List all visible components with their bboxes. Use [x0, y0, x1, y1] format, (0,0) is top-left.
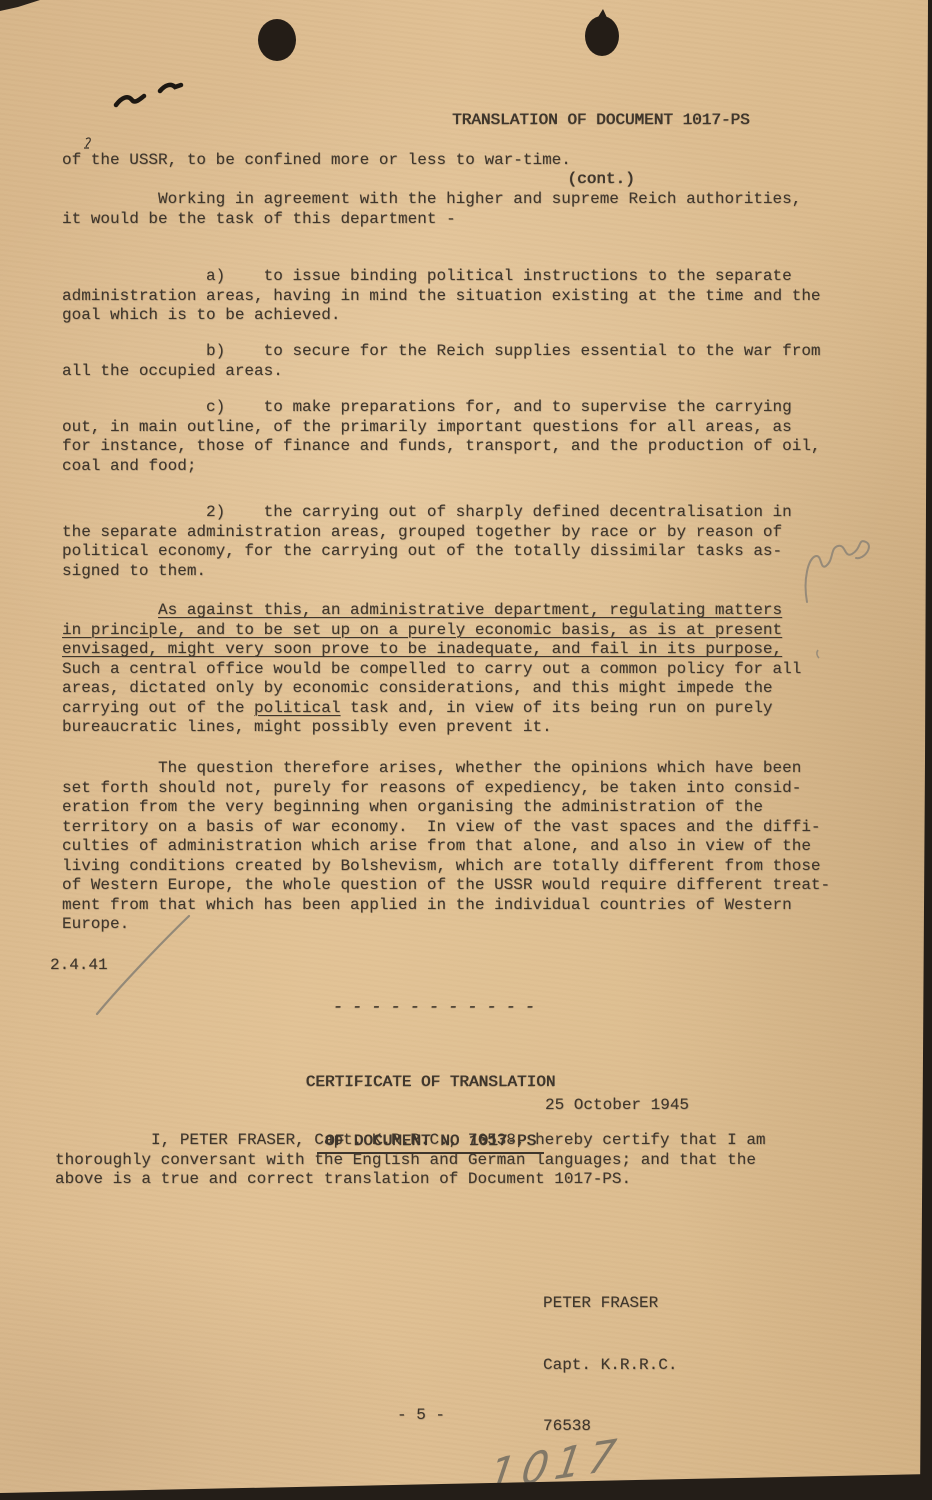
list-item-a: a) to issue binding political instructio… [62, 267, 821, 326]
scan-edge-bottom [0, 1474, 932, 1500]
underlined-passage: As against this, an administrative depar… [62, 601, 782, 658]
page-header-cont-label: (cont.) [452, 170, 750, 190]
hole-punch-right-notch [595, 9, 609, 22]
handwritten-document-number: 1017 [485, 1429, 626, 1500]
small-ink-mark-icon [84, 138, 90, 148]
paragraph-continuation: of the USSR, to be confined more or less… [62, 151, 571, 171]
scan-edge-right [920, 0, 932, 1500]
underlined-word-political: political [254, 699, 340, 717]
list-item-b: b) to secure for the Reich supplies esse… [62, 342, 821, 381]
certificate-heading-line1: CERTIFICATE OF TRANSLATION [288, 1073, 573, 1093]
pencil-tick-mark [817, 650, 819, 658]
scanned-document-page: TRANSLATION OF DOCUMENT 1017-PS (cont.) … [0, 0, 932, 1500]
page-number: - 5 - [397, 1406, 445, 1426]
dashed-separator: - - - - - - - - - - - [333, 998, 535, 1018]
margin-date: 2.4.41 [50, 956, 108, 976]
signature-name: PETER FRASER [543, 1293, 677, 1314]
list-item-2: 2) the carrying out of sharply defined d… [62, 503, 792, 581]
paragraph-question: The question therefore arises, whether t… [62, 759, 830, 935]
hole-punch-left [258, 19, 296, 61]
paragraph-working-agreement: Working in agreement with the higher and… [62, 190, 801, 229]
page-header-title: TRANSLATION OF DOCUMENT 1017-PS [452, 111, 750, 131]
hole-punch-right [585, 16, 619, 56]
pencil-scribble-mark [806, 541, 869, 602]
signature-rank: Capt. K.R.R.C. [543, 1355, 677, 1376]
certificate-statement: I, PETER FRASER, Capt. K.R.R.C., 76538, … [55, 1131, 766, 1190]
list-item-c: c) to make preparations for, and to supe… [62, 398, 821, 476]
scan-edge-top-left [0, 0, 40, 11]
certificate-date: 25 October 1945 [545, 1096, 689, 1116]
ink-mark-icon [160, 85, 181, 91]
ink-mark-icon [116, 96, 144, 105]
paragraph-as-against: As against this, an administrative depar… [62, 601, 801, 738]
